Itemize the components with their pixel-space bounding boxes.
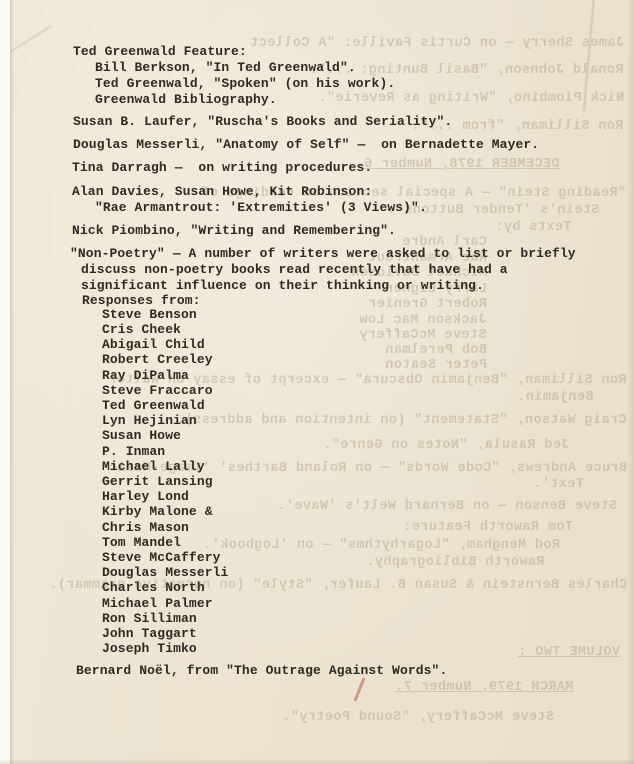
- respondent-name: Ron Silliman: [102, 611, 197, 626]
- respondent-name: Douglas Messerli: [102, 565, 228, 580]
- respondent-name: Lyn Hejinian: [102, 413, 197, 428]
- respondent-name: John Taggart: [102, 626, 197, 641]
- toc-entry-darragh: Tina Darragh — on writing procedures.: [72, 160, 372, 175]
- bleed-line: Rod Mengham, "Logarhythms" — on 'Logbook…: [203, 538, 560, 553]
- feature-item: Bill Berkson, "In Ted Greenwald".: [95, 60, 356, 75]
- scanned-page: James Sherry — on Curtis Faville: "A Col…: [0, 0, 634, 764]
- bleed-line: Text'.: [533, 477, 584, 492]
- bleed-line: Steve Benson — on Bernard Welt's 'Wave'.: [277, 499, 617, 514]
- bleed-line: Texts by:: [495, 220, 572, 235]
- respondent-name: Steve Fraccaro: [102, 383, 213, 398]
- toc-entry-piombino: Nick Piombino, "Writing and Remembering"…: [72, 223, 396, 238]
- respondent-name: Chris Mason: [102, 520, 189, 535]
- feature-item: Greenwald Bibliography.: [95, 92, 277, 107]
- responses-label: Responses from:: [82, 293, 201, 308]
- respondent-name: P. Inman: [102, 444, 165, 459]
- respondent-name: Kirby Malone &: [102, 504, 213, 519]
- review-title: "Rae Armantrout: 'Extremities' (3 Views)…: [95, 200, 427, 215]
- bleed-name: Peter Seaton: [385, 358, 487, 373]
- toc-entry-messerli: Douglas Messerli, "Anatomy of Self" — on…: [73, 137, 539, 152]
- bleed-name: Bob Perelman: [385, 343, 487, 358]
- bleed-issue-heading: MARCH 1979, Number 7.: [395, 680, 574, 695]
- respondent-name: Tom Mandel: [102, 535, 181, 550]
- scanner-bed-strip: [0, 0, 10, 764]
- bleed-line: Raworth Bibliography.: [366, 555, 545, 570]
- bleed-name: Steve McCaffery: [359, 328, 487, 343]
- red-pencil-mark: [353, 677, 365, 701]
- respondent-name: Charles North: [102, 580, 205, 595]
- bleed-line: Steve McCaffery, "Sound Poetry".: [282, 710, 554, 725]
- bleed-line: James Sherry — on Curtis Faville: "A Col…: [250, 36, 624, 51]
- respondent-name: Michael Lally: [102, 459, 205, 474]
- feature-heading: Ted Greenwald Feature:: [73, 44, 247, 59]
- review-authors: Alan Davies, Susan Howe, Kit Robinson:: [72, 184, 372, 199]
- bleed-volume-heading: VOLUME TWO :: [518, 645, 620, 660]
- respondent-name: Gerrit Lansing: [102, 474, 213, 489]
- toc-entry-noel: Bernard Noël, from "The Outrage Against …: [76, 663, 447, 678]
- respondent-name: Steve McCaffery: [102, 550, 221, 565]
- toc-entry-laufer: Susan B. Laufer, "Ruscha's Books and Ser…: [73, 114, 452, 129]
- respondent-name: Steve Benson: [102, 307, 197, 322]
- bleed-issue-heading: DECEMBER 1978, Number 6: [364, 157, 560, 172]
- respondent-name: Robert Creeley: [102, 352, 213, 367]
- bleed-line: Benjamin.: [517, 390, 594, 405]
- non-poetry-intro-line: significant influence on their thinking …: [81, 278, 484, 293]
- respondent-name: Susan Howe: [102, 428, 181, 443]
- feature-item: Ted Greenwald, "Spoken" (on his work).: [95, 76, 395, 91]
- paper-bottom-edge-shadow: [0, 759, 634, 764]
- respondent-name: Michael Palmer: [102, 596, 213, 611]
- respondent-name: Cris Cheek: [102, 322, 181, 337]
- paper-right-edge-shadow: [627, 0, 634, 764]
- bleed-line: Nick Piombino, "Writing as Reverie".: [318, 91, 624, 106]
- respondent-name: Abigail Child: [102, 337, 205, 352]
- bleed-line: Tom Raworth Feature:: [403, 520, 573, 535]
- bleed-line: Jed Rasula, "Notes on Genre".: [323, 438, 570, 453]
- non-poetry-intro-line: "Non-Poetry" — A number of writers were …: [70, 246, 576, 261]
- paper-left-edge-shadow: [10, 0, 14, 764]
- bleed-line: Craig Watson, "Statement" (on intention …: [176, 413, 627, 428]
- non-poetry-intro-line: discuss non-poetry books read recently t…: [81, 262, 508, 277]
- respondent-name: Ray DiPalma: [102, 368, 189, 383]
- respondent-name: Ted Greenwald: [102, 398, 205, 413]
- bleed-name: Robert Grenier: [368, 297, 487, 312]
- respondent-name: Joseph Timko: [102, 641, 197, 656]
- bleed-name: Jackson Mac Low: [359, 313, 487, 328]
- respondent-name: Harley Lond: [102, 489, 189, 504]
